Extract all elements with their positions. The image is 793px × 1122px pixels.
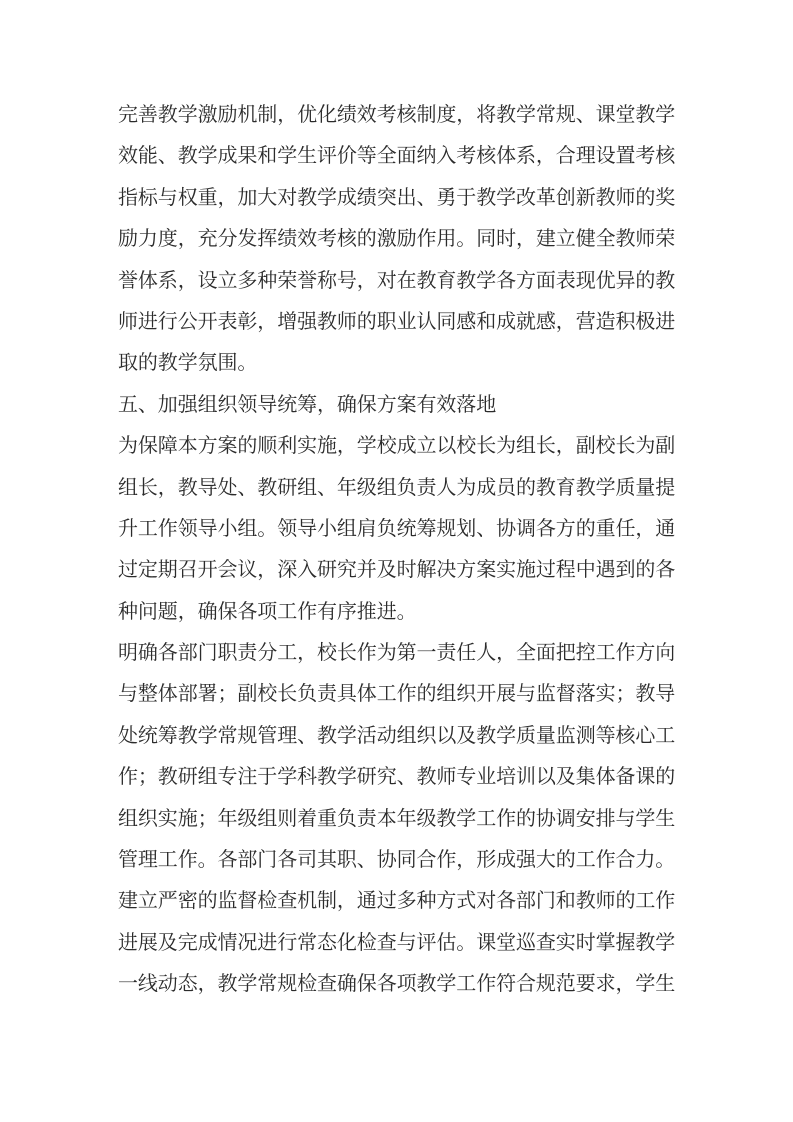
text-line: 组织实施；年级组则着重负责本年级教学工作的协调安排与学生 — [118, 799, 678, 840]
text-line: 为保障本方案的顺利实施，学校成立以校长为组长，副校长为副 — [118, 426, 678, 467]
text-line: 完善教学激励机制，优化绩效考核制度，将教学常规、课堂教学 — [118, 95, 678, 136]
document-text-block: 完善教学激励机制，优化绩效考核制度，将教学常规、课堂教学 效能、教学成果和学生评… — [118, 95, 678, 1006]
text-line: 处统筹教学常规管理、教学活动组织以及教学质量监测等核心工 — [118, 716, 678, 757]
text-line: 进展及完成情况进行常态化检查与评估。课堂巡查实时掌握教学 — [118, 923, 678, 964]
text-line: 明确各部门职责分工，校长作为第一责任人，全面把控工作方向 — [118, 633, 678, 674]
text-line: 与整体部署；副校长负责具体工作的组织开展与监督落实；教导 — [118, 674, 678, 715]
section-heading: 五、加强组织领导统筹，确保方案有效落地 — [118, 385, 678, 426]
text-line: 指标与权重，加大对教学成绩突出、勇于教学改革创新教师的奖 — [118, 178, 678, 219]
text-line: 誉体系，设立多种荣誉称号，对在教育教学各方面表现优异的教 — [118, 261, 678, 302]
text-line: 取的教学氛围。 — [118, 343, 678, 384]
document-page: 完善教学激励机制，优化绩效考核制度，将教学常规、课堂教学 效能、教学成果和学生评… — [0, 0, 793, 1122]
text-line: 组长，教导处、教研组、年级组负责人为成员的教育教学质量提 — [118, 468, 678, 509]
text-line: 一线动态，教学常规检查确保各项教学工作符合规范要求，学生 — [118, 964, 678, 1005]
text-line: 升工作领导小组。领导小组肩负统筹规划、协调各方的重任，通 — [118, 509, 678, 550]
text-line: 师进行公开表彰，增强教师的职业认同感和成就感，营造积极进 — [118, 302, 678, 343]
text-line: 效能、教学成果和学生评价等全面纳入考核体系，合理设置考核 — [118, 136, 678, 177]
text-line: 作；教研组专注于学科教学研究、教师专业培训以及集体备课的 — [118, 757, 678, 798]
text-line: 管理工作。各部门各司其职、协同合作，形成强大的工作合力。 — [118, 840, 678, 881]
text-line: 过定期召开会议，深入研究并及时解决方案实施过程中遇到的各 — [118, 550, 678, 591]
text-line: 种问题，确保各项工作有序推进。 — [118, 592, 678, 633]
text-line: 建立严密的监督检查机制，通过多种方式对各部门和教师的工作 — [118, 881, 678, 922]
text-line: 励力度，充分发挥绩效考核的激励作用。同时，建立健全教师荣 — [118, 219, 678, 260]
